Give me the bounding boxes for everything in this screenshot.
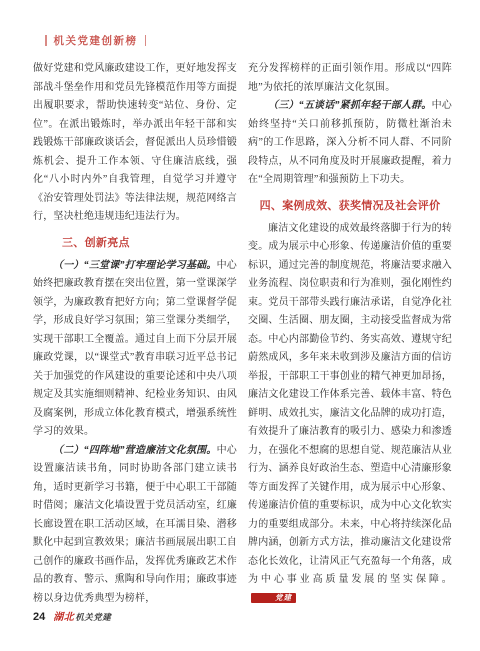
paragraph-item-2: （二）“四阵地”营造廉洁文化氛围。中心设置廉洁读书角，同时协助各部门建立读书角，…	[33, 442, 237, 609]
paragraph-item-3: （三）“五谈话”紧抓年轻干部人群。中心始终坚持“关口前移抓预防，防微杜渐治未病”…	[248, 97, 452, 190]
left-column: 做好党建和党风廉政建设工作，更好地发挥支部战斗堡垒作用和党员先锋模范作用等方面提…	[33, 60, 237, 608]
magazine-logo-dark-part: 机关党建	[75, 612, 111, 622]
tag-right-bar-icon	[145, 35, 147, 46]
right-column: 充分发挥榜样的正面引领作用。形成以“四阵地”为依托的浓厚廉洁文化氛围。 （三）“…	[248, 60, 452, 608]
tag-left-bar-icon	[45, 35, 47, 46]
magazine-logo: 湖北机关党建	[53, 607, 111, 625]
item-1-text: 中心始终把廉政教育摆在突出位置，第一堂课深学领学，为廉政教育把好方向；第二堂课督…	[33, 260, 237, 438]
item-2-text: 中心设置廉洁读书角，同时协助各部门建立读书角，适时更新学习书籍，便于中心职工干部…	[33, 445, 237, 604]
magazine-page: 机关党建创新榜 做好党建和党风廉政建设工作，更好地发挥支部战斗堡垒作用和党员先锋…	[0, 0, 480, 651]
section-tag-label: 机关党建创新榜	[54, 33, 138, 48]
paragraph-results: 廉洁文化建设的成效最终落脚于行为的转变。成为展示中心形象、传递廉洁价值的重要标识…	[248, 220, 452, 609]
section-heading-innovation: 三、创新亮点	[33, 234, 237, 252]
paragraph-item-1: （一）“三堂课”打牢理论学习基础。中心始终把廉政教育摆在突出位置，第一堂课深学领…	[33, 257, 237, 442]
page-number: 24	[33, 611, 45, 623]
article-end-mark: 党建	[251, 593, 296, 603]
magazine-logo-red-part: 湖北	[53, 612, 74, 623]
article-body: 做好党建和党风廉政建设工作，更好地发挥支部战斗堡垒作用和党员先锋模范作用等方面提…	[33, 60, 452, 608]
item-1-lead: （一）“三堂课”打牢理论学习基础。	[53, 260, 217, 271]
section-heading-results: 四、案例成效、获奖情况及社会评价	[248, 197, 452, 215]
paragraph-continuation-right: 充分发挥榜样的正面引领作用。形成以“四阵地”为依托的浓厚廉洁文化氛围。	[248, 60, 452, 97]
item-3-lead: （三）“五谈话”紧抓年轻干部人群。	[268, 100, 432, 111]
item-3-text: 中心始终坚持“关口前移抓预防，防微杜渐治未病”的工作思路，深入分析不同人群、不同…	[248, 100, 452, 185]
section-tag: 机关党建创新榜	[38, 33, 153, 48]
results-text: 廉洁文化建设的成效最终落脚于行为的转变。成为展示中心形象、传递廉洁价值的重要标识…	[248, 223, 452, 586]
page-footer: 24 湖北机关党建	[33, 607, 111, 625]
item-2-lead: （二）“四阵地”营造廉洁文化氛围。	[53, 445, 217, 456]
paragraph-continuation: 做好党建和党风廉政建设工作，更好地发挥支部战斗堡垒作用和党员先锋模范作用等方面提…	[33, 60, 237, 227]
